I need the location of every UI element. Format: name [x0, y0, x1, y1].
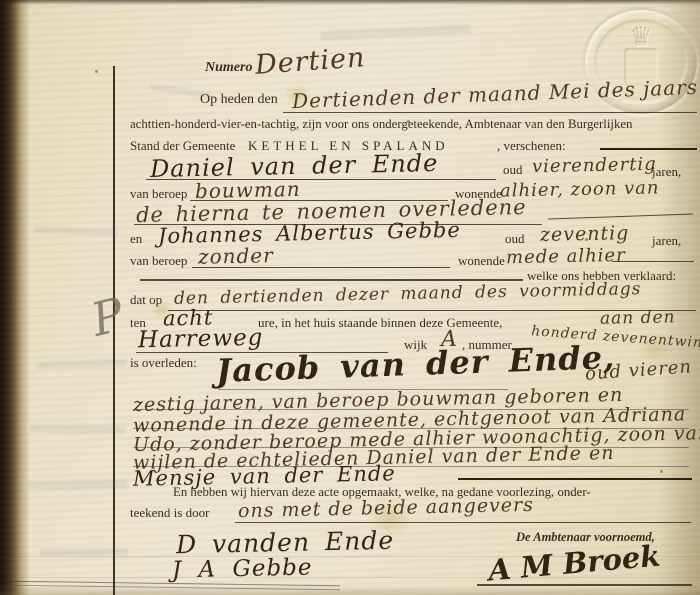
book-binding-edge: [0, 0, 30, 595]
oud-label: oud: [503, 162, 523, 178]
deceased-name-handwritten: Jacob van der Ende,: [215, 338, 615, 390]
declarant1-age-handwritten: vierendertig: [532, 154, 657, 178]
fill-line: [283, 112, 697, 113]
declarant2-occupation-handwritten: zonder: [198, 243, 274, 269]
bleed-through: [320, 24, 470, 41]
teekend-is-door-label: teekend is door: [130, 505, 209, 521]
oud-label: oud: [505, 231, 525, 247]
fill-line: [192, 267, 450, 268]
numero-label: Numero: [205, 60, 252, 76]
official-signature: A M Broek: [487, 539, 662, 588]
fill-dash: [458, 478, 692, 480]
ink-speck: [95, 70, 98, 73]
fill-line: [140, 279, 523, 281]
bleed-through: [30, 424, 125, 434]
witness2-signature: J A Gebbe: [172, 555, 313, 584]
numero-value-handwritten: Dertien: [254, 42, 366, 81]
op-heden-den-label: Op heden den: [200, 92, 278, 108]
fill-line: [235, 522, 691, 523]
declarant2-residence-handwritten: mede alhier: [506, 245, 626, 269]
page-bottom-edge: [0, 586, 700, 595]
page-top-edge: [0, 0, 700, 5]
jaren-label: jaren,: [652, 233, 681, 249]
bleed-through: [40, 548, 128, 556]
wonende-label: wonende: [458, 253, 505, 269]
bleed-through: [28, 479, 128, 490]
bleed-through: [34, 227, 118, 237]
dat-op-label: dat op: [130, 292, 162, 308]
pencil-margin-mark: P: [86, 287, 129, 347]
street-handwritten: Harreweg: [138, 325, 264, 354]
fill-dash: [600, 148, 697, 150]
signature-underline: [477, 584, 692, 586]
ure-printed-line: ure, in het huis staande binnen deze Gem…: [258, 315, 502, 331]
is-overleden-label: is overleden:: [130, 355, 197, 371]
fill-line: [612, 261, 694, 262]
ink-speck: [660, 470, 663, 473]
van-beroep-label: van beroep: [130, 253, 187, 269]
year-printed-line: achttien-honderd-vier-en-tachtig, zijn v…: [130, 117, 632, 132]
verschenen-label: , verschenen:: [497, 138, 566, 154]
van-beroep-label: van beroep: [130, 186, 187, 202]
death-date-handwritten: den dertienden dezer maand des voormidda…: [174, 279, 642, 309]
scanned-death-certificate-page: ♛ P Numero Dertien Op heden den Dertiend…: [0, 0, 700, 595]
declarant2-age-handwritten: zeventig: [540, 222, 630, 246]
en-label: en: [130, 231, 142, 247]
aan-den-handwritten: aan den: [600, 307, 676, 329]
stand-der-gemeente-label: Stand der Gemeente: [130, 138, 235, 154]
declarant2-name-handwritten: Johannes Albertus Gebbe: [158, 218, 461, 248]
